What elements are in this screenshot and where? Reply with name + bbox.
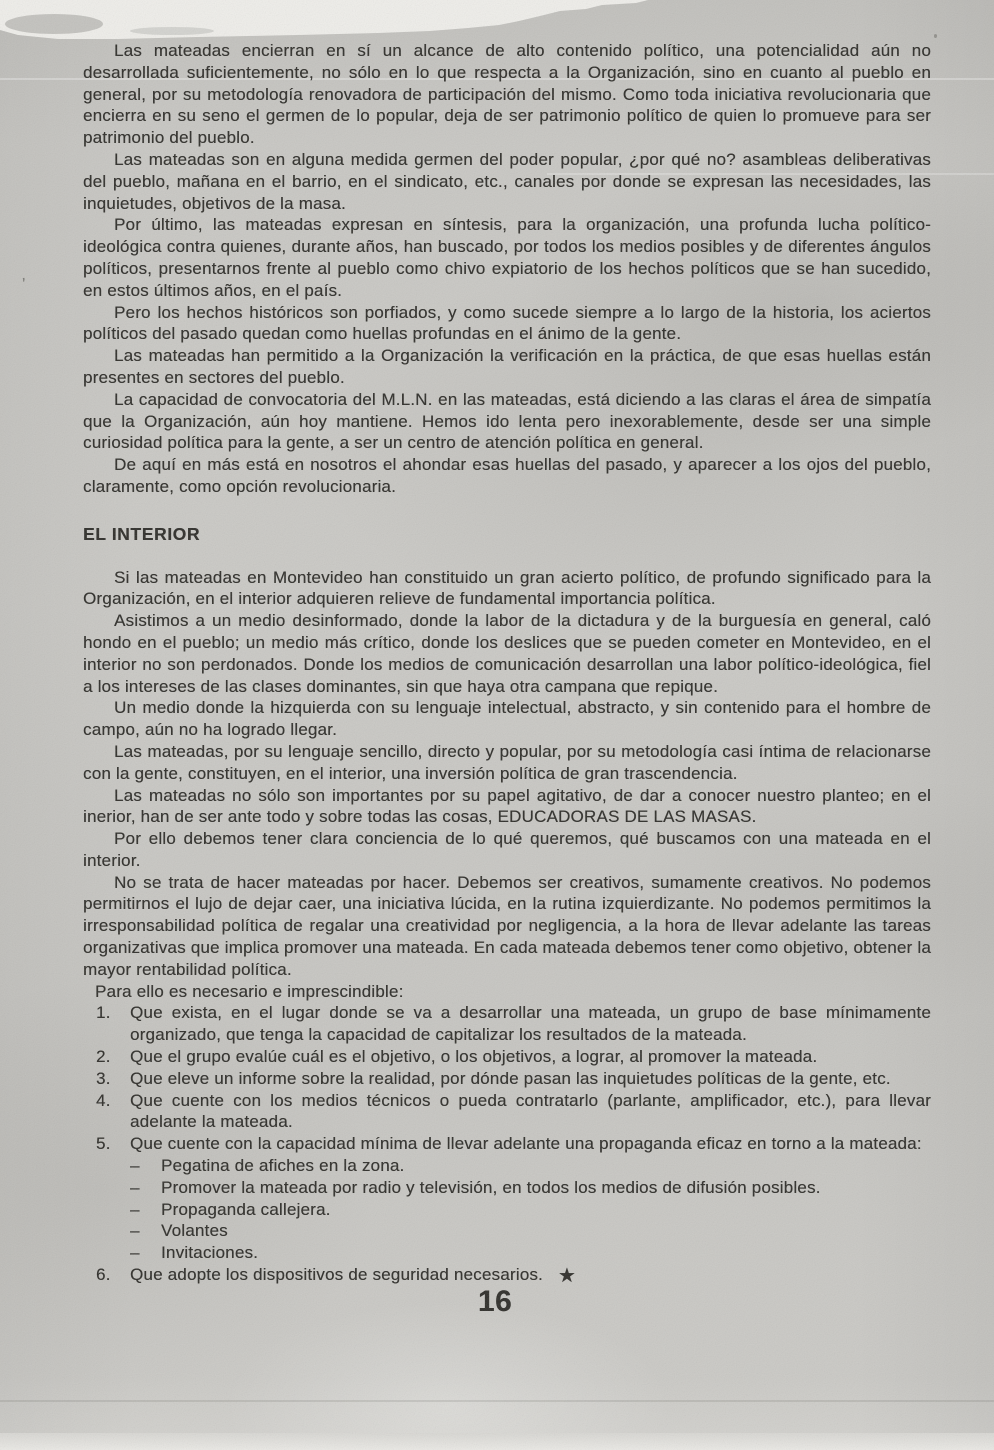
dash-marker: –	[130, 1242, 161, 1264]
list-number: 6.	[83, 1264, 130, 1286]
list-number: 4.	[83, 1090, 130, 1134]
list-intro: Para ello es necesario e imprescindible:	[83, 981, 931, 1003]
paragraph: Si las mateadas en Montevideo han consti…	[83, 567, 931, 611]
paragraph: De aquí en más está en nosotros el ahond…	[83, 454, 931, 498]
list-item-text: Que adopte los dispositivos de seguridad…	[130, 1264, 931, 1286]
list-item-text: Que eleve un informe sobre la realidad, …	[130, 1068, 931, 1090]
paragraph: Las mateadas son en alguna medida germen…	[83, 149, 931, 214]
list-number: 5.	[83, 1133, 130, 1155]
paragraph: Pero los hechos históricos son porfiados…	[83, 302, 931, 346]
section-heading: EL INTERIOR	[83, 524, 931, 546]
list-item: 6. Que adopte los dispositivos de seguri…	[83, 1264, 931, 1286]
dash-marker: –	[130, 1155, 161, 1177]
sub-item-text: Promover la mateada por radio y televisi…	[161, 1177, 931, 1199]
list-number: 3.	[83, 1068, 130, 1090]
sub-list-item: – Pegatina de afiches en la zona.	[83, 1155, 931, 1177]
list-item-text: Que cuente con la capacidad mínima de ll…	[130, 1133, 931, 1155]
sub-item-text: Volantes	[161, 1220, 931, 1242]
paragraph: Las mateadas, por su lenguaje sencillo, …	[83, 741, 931, 785]
paragraph: Asistimos a un medio desinformado, donde…	[83, 610, 931, 697]
dash-marker: –	[130, 1199, 161, 1221]
list-item: 1. Que exista, en el lugar donde se va a…	[83, 1002, 931, 1046]
sub-list-item: – Promover la mateada por radio y televi…	[83, 1177, 931, 1199]
list-item-text: Que el grupo evalúe cuál es el objetivo,…	[130, 1046, 931, 1068]
sub-list-item: – Invitaciones.	[83, 1242, 931, 1264]
sub-item-text: Propaganda callejera.	[161, 1199, 931, 1221]
list-item-text: Que cuente con los medios técnicos o pue…	[130, 1090, 931, 1134]
paragraph: Las mateadas no sólo son importantes por…	[83, 785, 931, 829]
ink-speck	[934, 34, 937, 38]
sub-list-item: – Propaganda callejera.	[83, 1199, 931, 1221]
sub-item-text: Invitaciones.	[161, 1242, 931, 1264]
paragraph: No se trata de hacer mateadas por hacer.…	[83, 872, 931, 981]
list-item: 3. Que eleve un informe sobre la realida…	[83, 1068, 931, 1090]
paragraph: Las mateadas han permitido a la Organiza…	[83, 345, 931, 389]
paragraph: Las mateadas encierran en sí un alcance …	[83, 40, 931, 149]
paragraph: La capacidad de convocatoria del M.L.N. …	[83, 389, 931, 454]
list-item: 4. Que cuente con los medios técnicos o …	[83, 1090, 931, 1134]
document-body: Las mateadas encierran en sí un alcance …	[83, 40, 931, 1318]
page-number: 16	[71, 1286, 919, 1318]
list-item: 5. Que cuente con la capacidad mínima de…	[83, 1133, 931, 1155]
star-icon: ★	[558, 1265, 576, 1287]
scan-bottom-edge	[0, 1433, 994, 1450]
dash-marker: –	[130, 1220, 161, 1242]
paragraph: Un medio donde la hizquierda con su leng…	[83, 697, 931, 741]
list-item: 2. Que el grupo evalúe cuál es el objeti…	[83, 1046, 931, 1068]
list-item-text: Que exista, en el lugar donde se va a de…	[130, 1002, 931, 1046]
list-number: 2.	[83, 1046, 130, 1068]
sub-item-text: Pegatina de afiches en la zona.	[161, 1155, 931, 1177]
dash-marker: –	[130, 1177, 161, 1199]
scanned-page: { "document": { "paragraphs_top": [ "Las…	[0, 0, 994, 1450]
sub-list-item: – Volantes	[83, 1220, 931, 1242]
list-item-text-inner: Que adopte los dispositivos de seguridad…	[130, 1265, 543, 1284]
paragraph: Por último, las mateadas expresan en sín…	[83, 214, 931, 301]
list-number: 1.	[83, 1002, 130, 1046]
paragraph: Por ello debemos tener clara conciencia …	[83, 828, 931, 872]
